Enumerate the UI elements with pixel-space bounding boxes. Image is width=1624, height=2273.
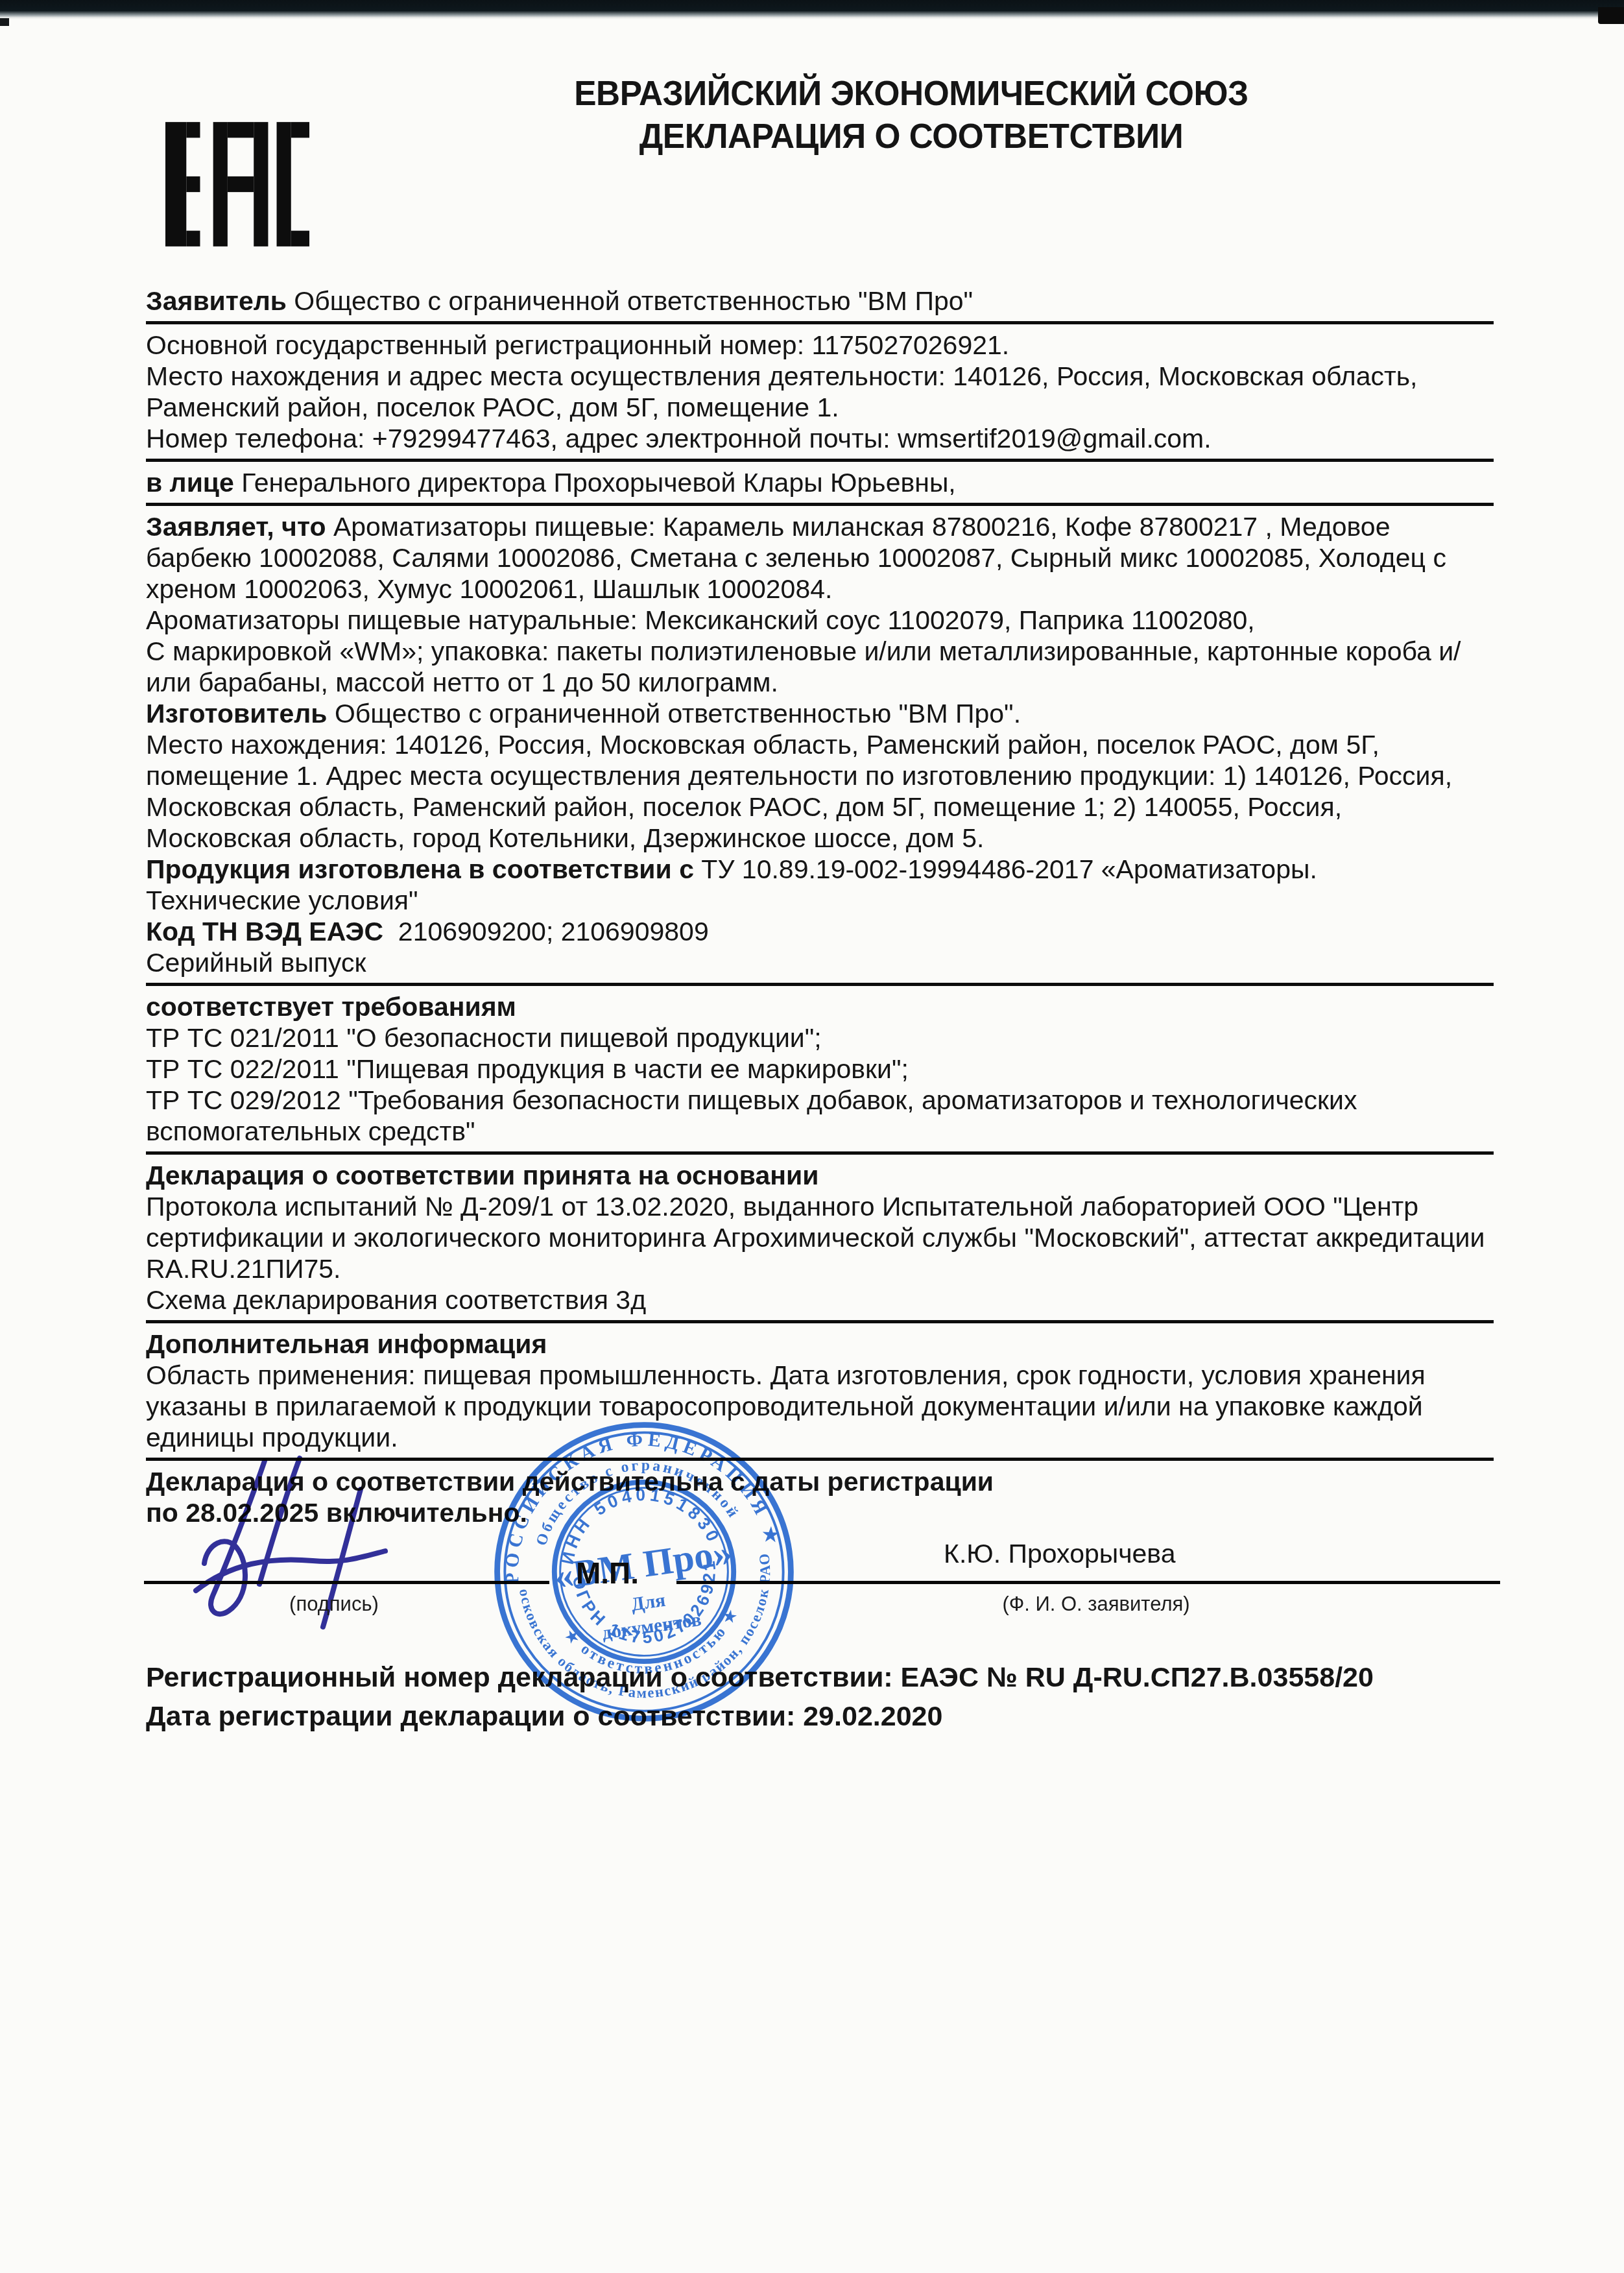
page-title: ЕВРАЗИЙСКИЙ ЭКОНОМИЧЕСКИЙ СОЮЗ ДЕКЛАРАЦИ… [549,73,1273,158]
section-rule [146,1151,1494,1155]
ogrn-line: Основной государственный регистрационный… [146,330,1494,361]
signer-name: К.Ю. Прохорычева [944,1539,1176,1569]
compliance-heading: соответствует требованиям [146,991,1494,1022]
signature-caption: (подпись) [214,1593,454,1616]
basis-heading: Декларация о соответствии принята на осн… [146,1160,1494,1191]
basis-label: Декларация о соответствии принята на осн… [146,1161,818,1190]
section-rule [146,1320,1494,1323]
phone-line: Номер телефона: +79299477463, адрес элек… [146,423,1494,454]
manufacturer-line: Изготовитель Общество с ограниченной отв… [146,698,1494,729]
declares-products: Ароматизаторы пищевые: Карамель миланска… [146,512,1446,604]
tu-continuation-line: Технические условия" [146,885,1494,916]
marking-line: С маркировкой «WM»; упаковка: пакеты пол… [146,636,1494,698]
serial-line: Серийный выпуск [146,947,1494,978]
regulation-line: ТР ТС 029/2012 "Требования безопасности … [146,1085,1494,1147]
fio-caption: (Ф. И. О. заявителя) [960,1593,1232,1616]
tnved-label: Код ТН ВЭД ЕАЭС [146,917,383,946]
production-line: Продукция изготовлена в соответствии с Т… [146,854,1494,885]
title-line-2: ДЕКЛАРАЦИЯ О СООТВЕТСТВИИ [549,115,1273,158]
protocol-paragraph: Протокола испытаний № Д-209/1 от 13.02.2… [146,1191,1494,1284]
company-stamp: РОССИЙСКАЯ ФЕДЕРАЦИЯ ★ Московская област… [464,1392,823,1751]
scan-corner-artifact [1598,7,1624,24]
section-rule [146,503,1494,506]
mp-mark: М.П. [576,1556,639,1591]
additional-text: Область применения: пищевая промышленнос… [146,1360,1494,1453]
applicant-line: Заявитель Общество с ограниченной ответс… [146,285,1494,317]
manufacturer-label: Изготовитель [146,699,328,728]
production-tu: ТУ 10.89.19-002-19994486-2017 «Ароматиза… [701,854,1317,884]
additional-label: Дополнительная информация [146,1329,547,1359]
scan-edge-speck [0,18,9,26]
scheme-line: Схема декларирования соответствия 3д [146,1284,1494,1316]
manufacturer-value: Общество с ограниченной ответственностью… [335,699,1021,728]
representative-label: в лице [146,468,234,498]
regulation-line: ТР ТС 021/2011 "О безопасности пищевой п… [146,1022,1494,1053]
scan-top-bar [0,0,1624,19]
stamp-sub-text-1: Для [630,1590,667,1615]
applicant-value: Общество с ограниченной ответственностью… [294,286,973,316]
section-rule [146,459,1494,462]
natural-flavors-line: Ароматизаторы пищевые натуральные: Мекси… [146,605,1494,636]
declaration-document: ЕВРАЗИЙСКИЙ ЭКОНОМИЧЕСКИЙ СОЮЗ ДЕКЛАРАЦИ… [0,0,1624,2273]
regulation-line: ТР ТС 022/2011 "Пищевая продукция в част… [146,1053,1494,1085]
tnved-value: 2106909200; 2106909809 [398,917,709,946]
declares-label: Заявляет, что [146,512,326,542]
manufacturer-address: Место нахождения: 140126, Россия, Москов… [146,729,1494,854]
title-line-1: ЕВРАЗИЙСКИЙ ЭКОНОМИЧЕСКИЙ СОЮЗ [549,73,1273,115]
tnved-line: Код ТН ВЭД ЕАЭС 2106909200; 2106909809 [146,916,1494,947]
eac-logo [165,122,309,247]
production-label: Продукция изготовлена в соответствии с [146,854,694,884]
section-rule [146,321,1494,324]
additional-heading: Дополнительная информация [146,1329,1494,1360]
declares-paragraph: Заявляет, что Ароматизаторы пищевые: Кар… [146,511,1494,605]
representative-value: Генерального директора Прохорычевой Клар… [241,468,955,498]
applicant-label: Заявитель [146,286,287,316]
section-rule [146,983,1494,986]
compliance-label: соответствует требованиям [146,992,516,1022]
applicant-address-line: Место нахождения и адрес места осуществл… [146,361,1494,423]
representative-line: в лице Генерального директора Прохорычев… [146,467,1494,498]
document-body: Заявитель Общество с ограниченной ответс… [146,285,1494,1528]
